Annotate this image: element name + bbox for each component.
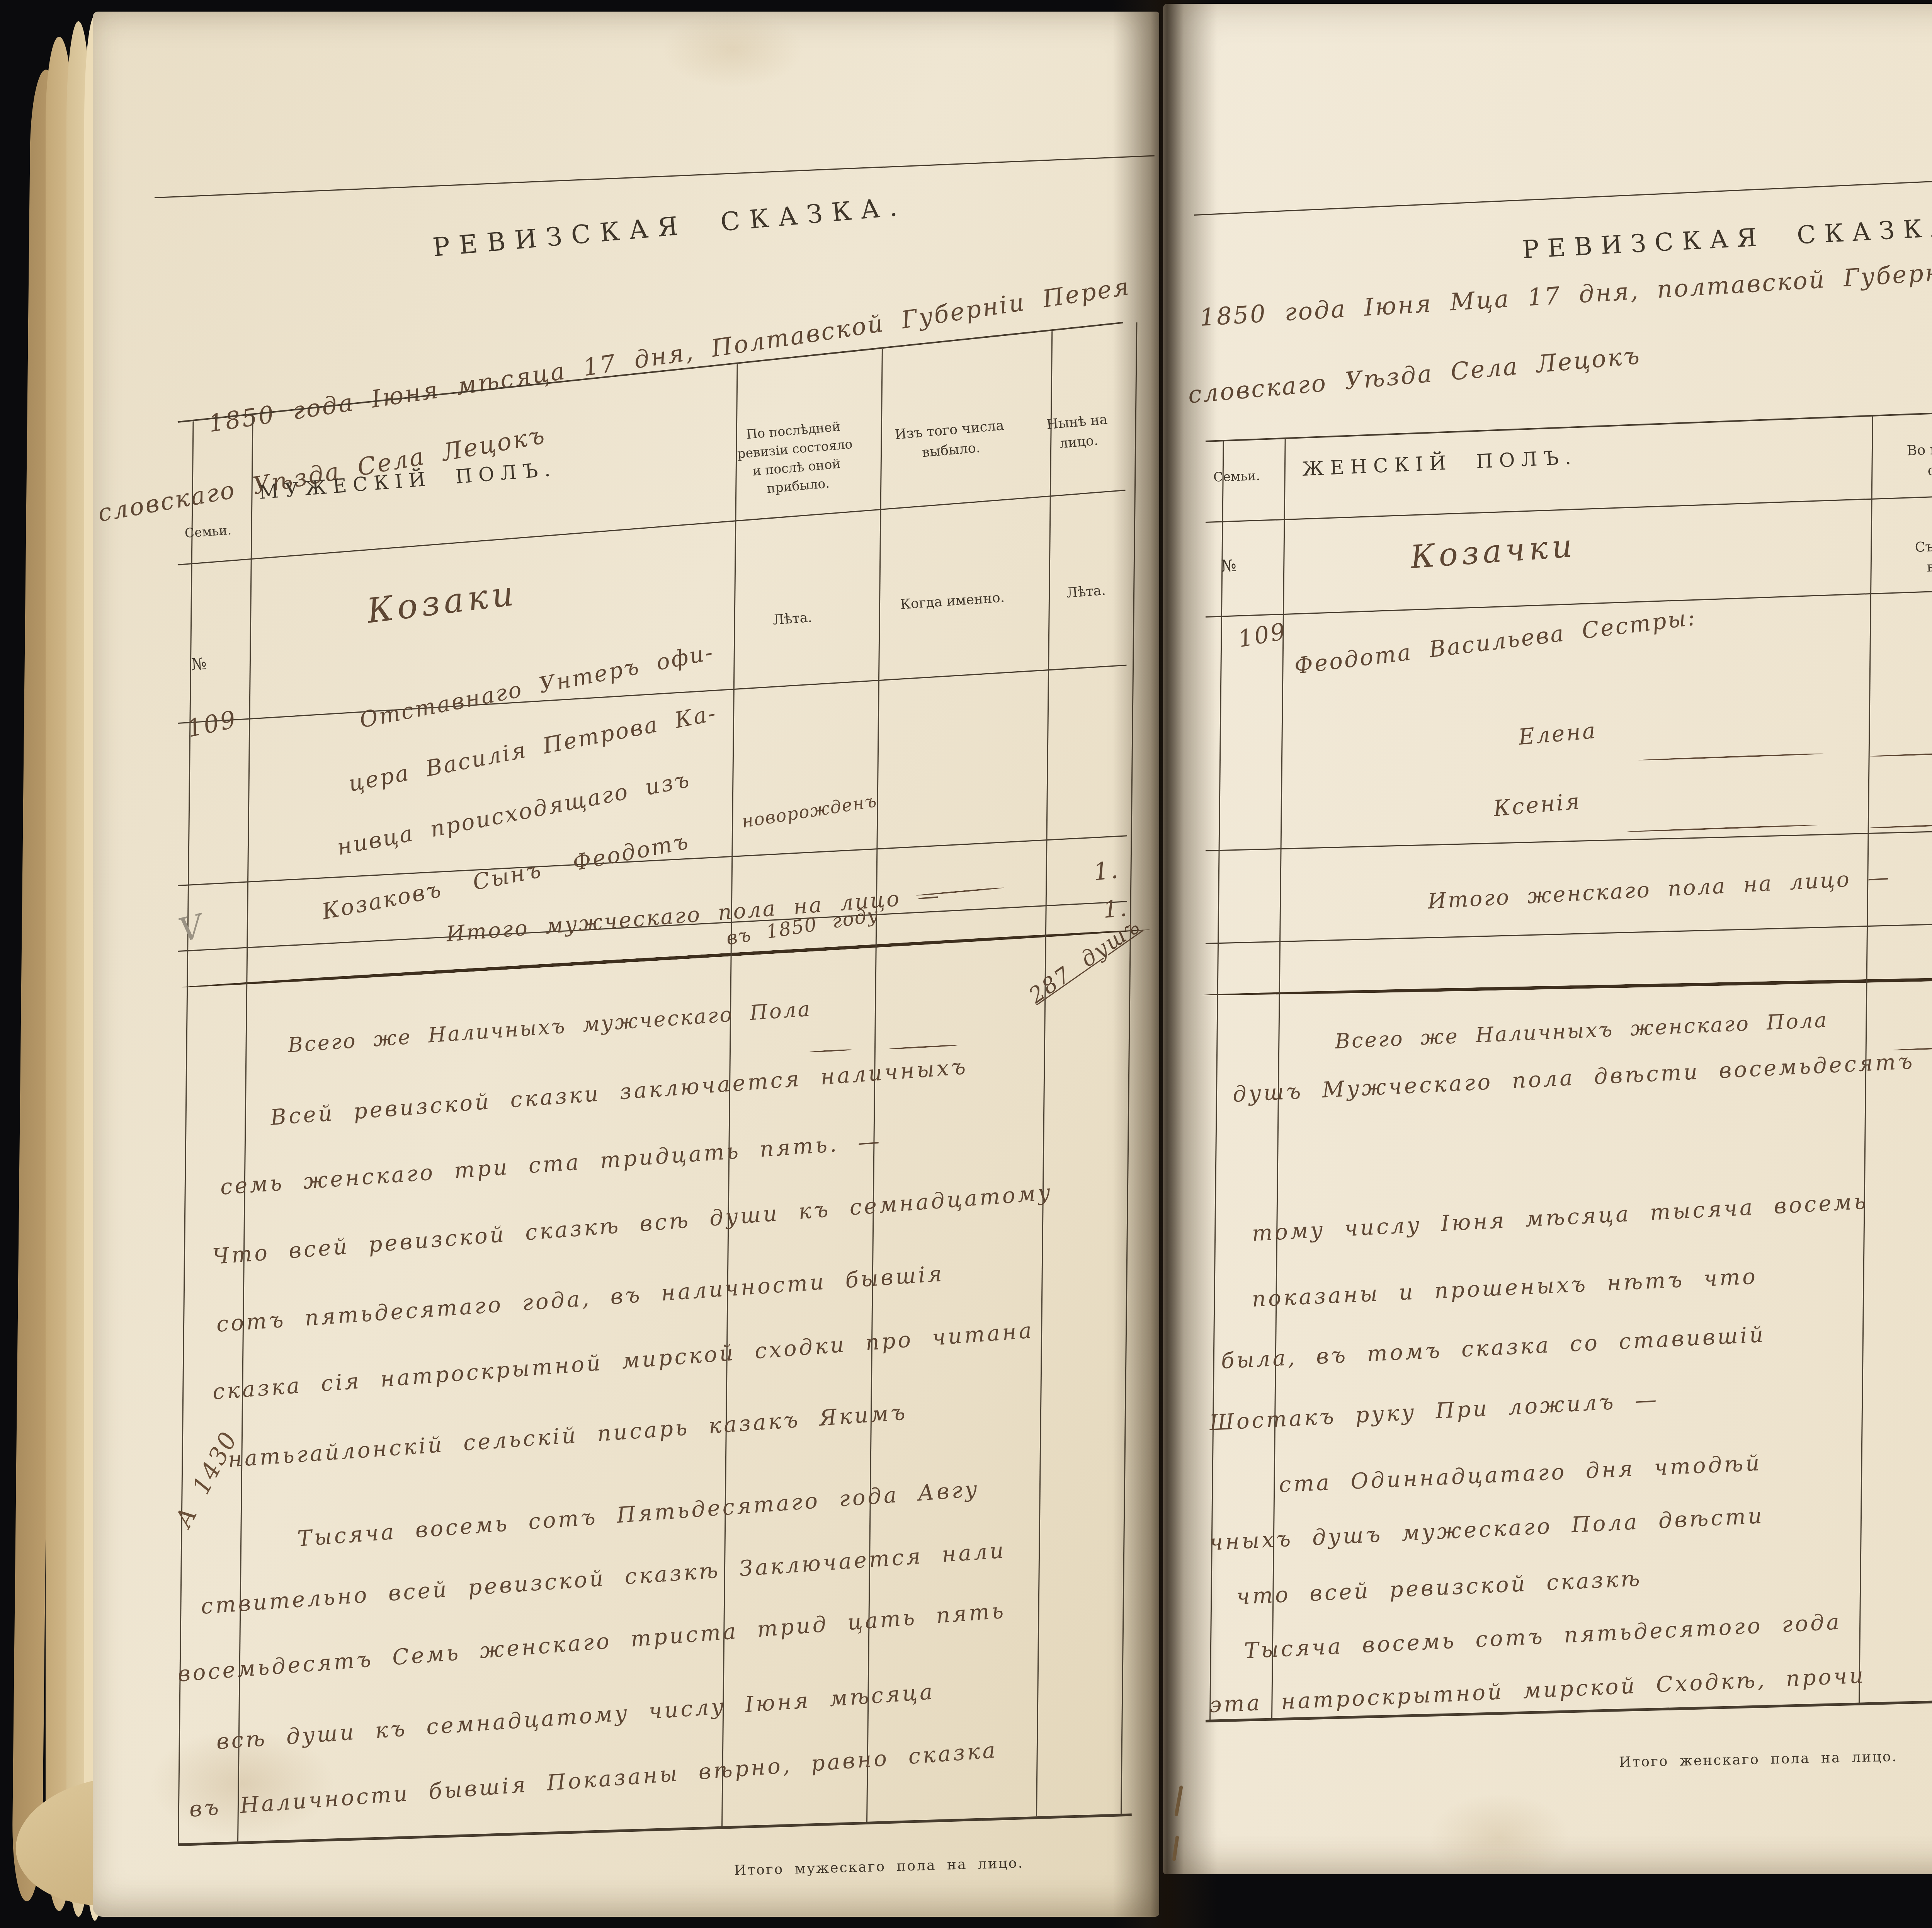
right-group-heading: Козачки — [1409, 528, 1577, 576]
member-dash-line — [1870, 752, 1932, 757]
right-family-column-header: Семьи. — [1213, 468, 1260, 485]
right-page-title: РЕВИЗСКАЯ СКАЗКА. — [1522, 212, 1932, 264]
left-departed-sub-header: Когда именно. — [900, 590, 1005, 613]
column-line — [1036, 331, 1053, 1816]
narrative-line: всѣ души къ семнадцатому числу Іюня мѣся… — [216, 1679, 935, 1754]
narrative-line: Шостакъ руку При ложилъ — — [1209, 1387, 1659, 1436]
entry-number: 109 — [184, 705, 240, 743]
grand-total-dash — [810, 1049, 852, 1053]
narrative-line: показаны и прошеныхъ нѣтъ что — [1252, 1264, 1759, 1312]
right-total-label: Итого женскаго пола на лицо — — [1427, 864, 1891, 914]
margin-check-mark: V — [175, 907, 208, 950]
left-departed-column-header: Изъ того числа выбыло. — [869, 413, 1031, 467]
right-footer-caption: Итого женскаго пола на лицо. — [1619, 1749, 1898, 1770]
left-footer-caption: Итого мужескаго пола на лицо. — [734, 1855, 1024, 1879]
narrative-line: ста Одиннадцатаго дня чтодѣй — [1279, 1450, 1762, 1497]
right-no-column-header: № — [1221, 556, 1236, 575]
left-grand-total-label: Всего же Наличныхъ мужческаго Пола — [287, 997, 812, 1057]
right-page: РЕВИЗСКАЯ СКАЗКА. 1850 года Іюня Мца 17 … — [1163, 4, 1932, 1874]
left-revision-sub-header: Лѣта. — [772, 610, 813, 628]
column-line — [237, 415, 253, 1841]
table-header-top-rule — [1206, 403, 1932, 442]
book-gutter-shadow — [1113, 0, 1217, 1928]
member-name: Ксенія — [1492, 788, 1582, 822]
left-date-line-1: 1850 года Іюня мѣсяца 17 дня, Полтавской… — [207, 272, 1132, 438]
narrative-line: Всей ревизской сказки заключается наличн… — [270, 1054, 969, 1130]
left-no-column-header: № — [190, 654, 207, 674]
left-page: РЕВИЗСКАЯ СКАЗКА. 1850 года Іюня мѣсяца … — [93, 12, 1159, 1917]
narrative-line: Тысяча восемь сотъ Пятьдесятаго года Авг… — [297, 1476, 981, 1551]
table-header-top-rule — [178, 322, 1123, 423]
table-header-bottom-rule — [1206, 582, 1932, 618]
photo-of-revision-list-book: РЕВИЗСКАЯ СКАЗКА. 1850 года Іюня мѣсяца … — [0, 0, 1932, 1928]
narrative-line: натьгайлонскій сельскій писарь казакъ Як… — [227, 1400, 908, 1472]
entry-text-block: Отставнаго Унтеръ офи- цера Василія Петр… — [263, 655, 650, 827]
narrative-line: тому числу Іюня мѣсяца тысяча восемь — [1251, 1189, 1869, 1246]
header-line: Во временной — [1866, 434, 1932, 463]
left-present-column-header: Нынѣ на лицо. — [1037, 409, 1118, 456]
right-main-column-header: ЖЕНСКІЙ ПОЛЪ. — [1302, 446, 1578, 480]
table-bottom-rule — [178, 1813, 1132, 1846]
member-dash-line — [1627, 824, 1820, 832]
narrative-line: въ Наличности бывшія Показаны вѣрно, рав… — [189, 1737, 998, 1822]
member-name: Елена — [1517, 718, 1598, 750]
narrative-line: эта натроскрытной мирской Сходкѣ, прочи — [1209, 1663, 1866, 1718]
left-present-sub-header: Лѣта. — [1066, 583, 1106, 601]
entry-number: 109 — [1236, 618, 1289, 653]
right-date-line-2: словскаго Уѣзда Села Лецокъ — [1187, 341, 1642, 409]
narrative-line: была, въ томъ сказка со ставившій — [1220, 1322, 1766, 1374]
narrative-line: семь женскаго три ста тридцать пять. — — [219, 1128, 883, 1200]
grand-total-dash — [889, 1045, 958, 1050]
narrative-line: сказка сія натроскрытной мирской сходки … — [212, 1318, 1035, 1405]
hand-drawn-divider-line — [1202, 972, 1932, 997]
table-header-mid-rule — [1206, 487, 1932, 523]
right-absence-column-header: Во временной отлучкѣ. — [1866, 434, 1932, 484]
left-revision-column-header: По послѣдней ревизіи состояло и послѣ он… — [725, 415, 866, 501]
left-group-heading: Козаки — [365, 573, 519, 631]
totals-row-bottom-rule — [1206, 917, 1932, 944]
left-page-title: РЕВИЗСКАЯ СКАЗКА. — [432, 191, 908, 262]
narrative-line: чныхъ душъ мужескаго Пола двѣсти — [1209, 1503, 1765, 1555]
margin-archival-note: А 1430 — [169, 1426, 243, 1532]
right-date-line-1: 1850 года Іюня Мца 17 дня, полтавской Гу… — [1199, 250, 1932, 332]
column-line — [178, 421, 194, 1843]
sheet-frame-rule — [155, 155, 1155, 198]
member-dash-line — [1638, 753, 1824, 761]
narrative-line: Что всей ревизской сказкѣ всѣ души къ се… — [212, 1180, 1054, 1269]
entry-birth-note-1: новорожденъ — [740, 790, 879, 832]
table-header-mid-rule — [178, 490, 1126, 565]
narrative-line: Тысяча восемь сотъ пятьдесятого года — [1243, 1609, 1842, 1664]
right-grand-total-label: Всего же Наличныхъ женскаго Пола — [1335, 1008, 1829, 1053]
narrative-line: сотъ пятьдесятаго года, въ наличности бы… — [216, 1261, 945, 1337]
entry-head-line: Феодота Васильева Сестры: — [1293, 604, 1698, 679]
header-line: Съ котораго — [1869, 533, 1932, 559]
narrative-line: душъ Мужческаго пола двѣсти восемьдесятъ — [1232, 1049, 1915, 1107]
right-absence-sub-header: Съ котораго времени. — [1869, 533, 1932, 579]
hand-drawn-divider-line — [182, 928, 1150, 989]
narrative-line: что всей ревизской сказкѣ — [1236, 1566, 1643, 1610]
member-dash-line — [1870, 824, 1932, 829]
entry-row-bottom-rule — [1206, 824, 1932, 851]
left-family-column-header: Семьи. — [184, 522, 232, 541]
sheet-frame-rule — [1194, 166, 1932, 216]
